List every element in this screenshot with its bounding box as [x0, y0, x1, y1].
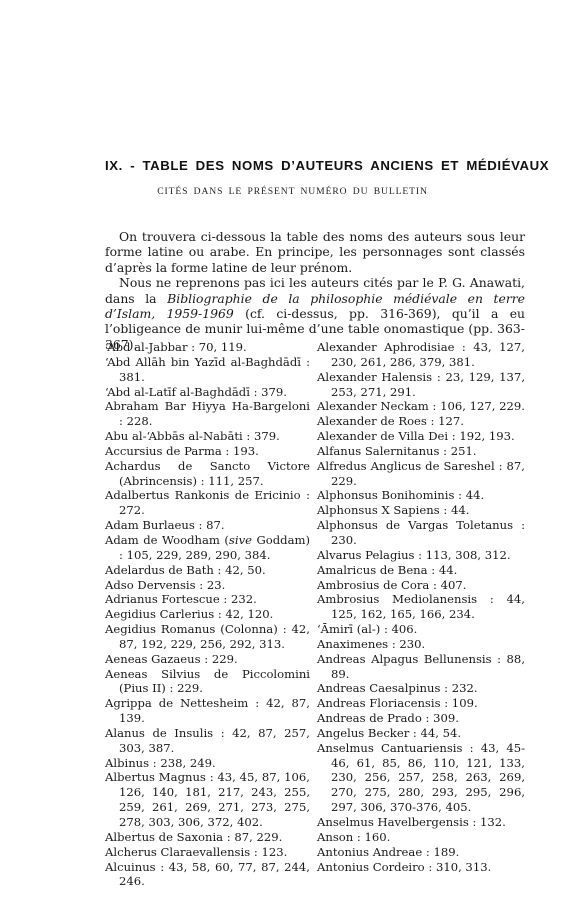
index-entry: Antonius Andreae : 189. — [317, 845, 525, 860]
section-subtitle: CITÉS DANS LE PRÉSENT NUMÉRO DU BULLETIN — [0, 186, 585, 197]
index-entry: Albinus : 238, 249. — [105, 756, 310, 771]
index-entry: Alphonsus X Sapiens : 44. — [317, 503, 525, 518]
index-entry: Alphonsus Bonihominis : 44. — [317, 488, 525, 503]
index-entry: Abraham Bar Hiyya Ha-Bargeloni : 228. — [105, 399, 310, 429]
index-entry: Adrianus Fortescue : 232. — [105, 592, 310, 607]
index-entry: Albertus Magnus : 43, 45, 87, 106, 126, … — [105, 770, 310, 829]
index-entry: Aeneas Silvius de Piccolomini (Pius II) … — [105, 667, 310, 697]
index-entry: Alexander de Roes : 127. — [317, 414, 525, 429]
scan-speck — [153, 836, 154, 837]
index-entry: Adalbertus Rankonis de Ericinio : 272. — [105, 488, 310, 518]
index-entry: Alexander Aphrodisiae : 43, 127, 230, 26… — [317, 340, 525, 370]
index-entry: Abu al-‘Abbās al-Nabāti : 379. — [105, 429, 310, 444]
index-entry: Alphonsus de Vargas Toletanus : 230. — [317, 518, 525, 548]
index-entry: Adso Dervensis : 23. — [105, 578, 310, 593]
index-entry: ‘Abd al-Latīf al-Baghdādī : 379. — [105, 385, 310, 400]
index-column-left: ‘Abd al-Jabbar : 70, 119.‘Abd Allāh bin … — [105, 340, 310, 889]
index-entry: Alexander de Villa Dei : 192, 193. — [317, 429, 525, 444]
index-entry: Achardus de Sancto Victore (Abrincensis)… — [105, 459, 310, 489]
index-entry: Alfredus Anglicus de Sareshel : 87, 229. — [317, 459, 525, 489]
section-title: IX. - TABLE DES NOMS D’AUTEURS ANCIENS E… — [105, 158, 525, 173]
index-entry: Agrippa de Nettesheim : 42, 87, 139. — [105, 696, 310, 726]
index-entry: Anson : 160. — [317, 830, 525, 845]
index-entry: Aegidius Romanus (Colonna) : 42, 87, 192… — [105, 622, 310, 652]
index-entry: Aegidius Carlerius : 42, 120. — [105, 607, 310, 622]
index-entry: Andreas Alpagus Bellunensis : 88, 89. — [317, 652, 525, 682]
index-entry: Angelus Becker : 44, 54. — [317, 726, 525, 741]
index-entry: ‘Abd Allāh bin Yazīd al-Baghdādī : 381. — [105, 355, 310, 385]
index-entry: Adam Burlaeus : 87. — [105, 518, 310, 533]
index-entry: Accursius de Parma : 193. — [105, 444, 310, 459]
index-entry: Alcherus Claraevallensis : 123. — [105, 845, 310, 860]
scan-speck — [446, 812, 447, 813]
index-entry: Amalricus de Bena : 44. — [317, 563, 525, 578]
index-entry: Andreas de Prado : 309. — [317, 711, 525, 726]
index-entry: Aeneas Gazaeus : 229. — [105, 652, 310, 667]
index-entry: Alanus de Insulis : 42, 87, 257, 303, 38… — [105, 726, 310, 756]
index-entry: Anselmus Cantuariensis : 43, 45-46, 61, … — [317, 741, 525, 815]
index-entry: Albertus de Saxonia : 87, 229. — [105, 830, 310, 845]
scan-speck — [133, 831, 134, 832]
index-entry: Antonius Cordeiro : 310, 313. — [317, 860, 525, 875]
index-entry: Ambrosius de Cora : 407. — [317, 578, 525, 593]
index-entry: Alexander Neckam : 106, 127, 229. — [317, 399, 525, 414]
index-entry: Ambrosius Mediolanensis : 44, 125, 162, … — [317, 592, 525, 622]
document-page: IX. - TABLE DES NOMS D’AUTEURS ANCIENS E… — [0, 0, 585, 914]
intro-paragraph-1: On trouvera ci-dessous la table des noms… — [105, 229, 525, 275]
index-entry: Alvarus Pelagius : 113, 308, 312. — [317, 548, 525, 563]
index-entry: Anaximenes : 230. — [317, 637, 525, 652]
index-entry: Adelardus de Bath : 42, 50. — [105, 563, 310, 578]
index-entry: Adam de Woodham (sive Goddam) : 105, 229… — [105, 533, 310, 563]
index-entry: Anselmus Havelbergensis : 132. — [317, 815, 525, 830]
index-entry: Alfanus Salernitanus : 251. — [317, 444, 525, 459]
index-entry: Andreas Floriacensis : 109. — [317, 696, 525, 711]
index-entry: Alexander Halensis : 23, 129, 137, 253, … — [317, 370, 525, 400]
index-entry: Andreas Caesalpinus : 232. — [317, 681, 525, 696]
index-entry: ‘Abd al-Jabbar : 70, 119. — [105, 340, 310, 355]
index-entry: ‘Āmirī (al-) : 406. — [317, 622, 525, 637]
intro-text: On trouvera ci-dessous la table des noms… — [105, 229, 525, 352]
index-column-right: Alexander Aphrodisiae : 43, 127, 230, 26… — [317, 340, 525, 874]
index-entry: Alcuinus : 43, 58, 60, 77, 87, 244, 246. — [105, 860, 310, 890]
